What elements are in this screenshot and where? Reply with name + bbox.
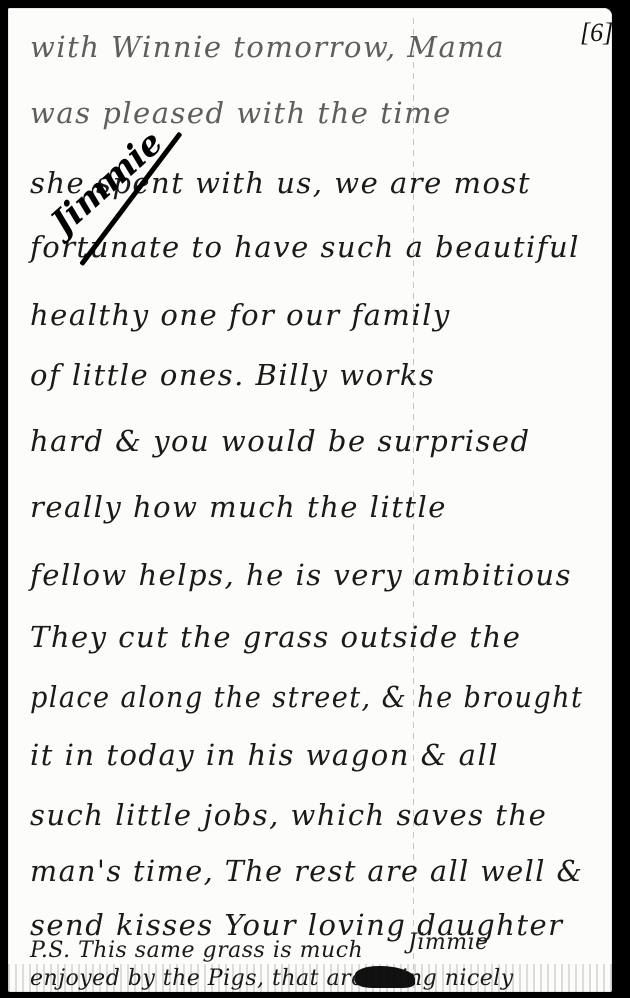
postscript-signature: Jimmie xyxy=(408,930,489,955)
handwritten-line: such little jobs, which saves the xyxy=(30,798,547,832)
handwritten-line: man's time, The rest are all well & xyxy=(30,854,583,888)
handwritten-line: place along the street, & he brought xyxy=(30,680,583,714)
handwritten-line: it in today in his wagon & all xyxy=(30,738,499,772)
handwritten-line: of little ones. Billy works xyxy=(30,358,435,392)
page-number: [6] xyxy=(580,18,613,48)
handwritten-line: fellow helps, he is very ambitious xyxy=(30,558,572,592)
handwritten-line: was pleased with the time xyxy=(30,96,452,130)
handwritten-line: P.S. This same grass is much xyxy=(30,938,363,963)
handwritten-line: fortunate to have such a beautiful xyxy=(30,230,580,264)
scan-edge-noise xyxy=(8,964,612,992)
handwritten-line: really how much the little xyxy=(30,490,447,524)
handwritten-line: hard & you would be surprised xyxy=(30,424,531,458)
handwritten-line: healthy one for our family xyxy=(30,298,451,332)
handwritten-line: with Winnie tomorrow, Mama xyxy=(30,30,505,64)
handwritten-line: They cut the grass outside the xyxy=(30,620,521,654)
letter-page: [6] with Winnie tomorrow, Mamawas please… xyxy=(8,8,612,992)
